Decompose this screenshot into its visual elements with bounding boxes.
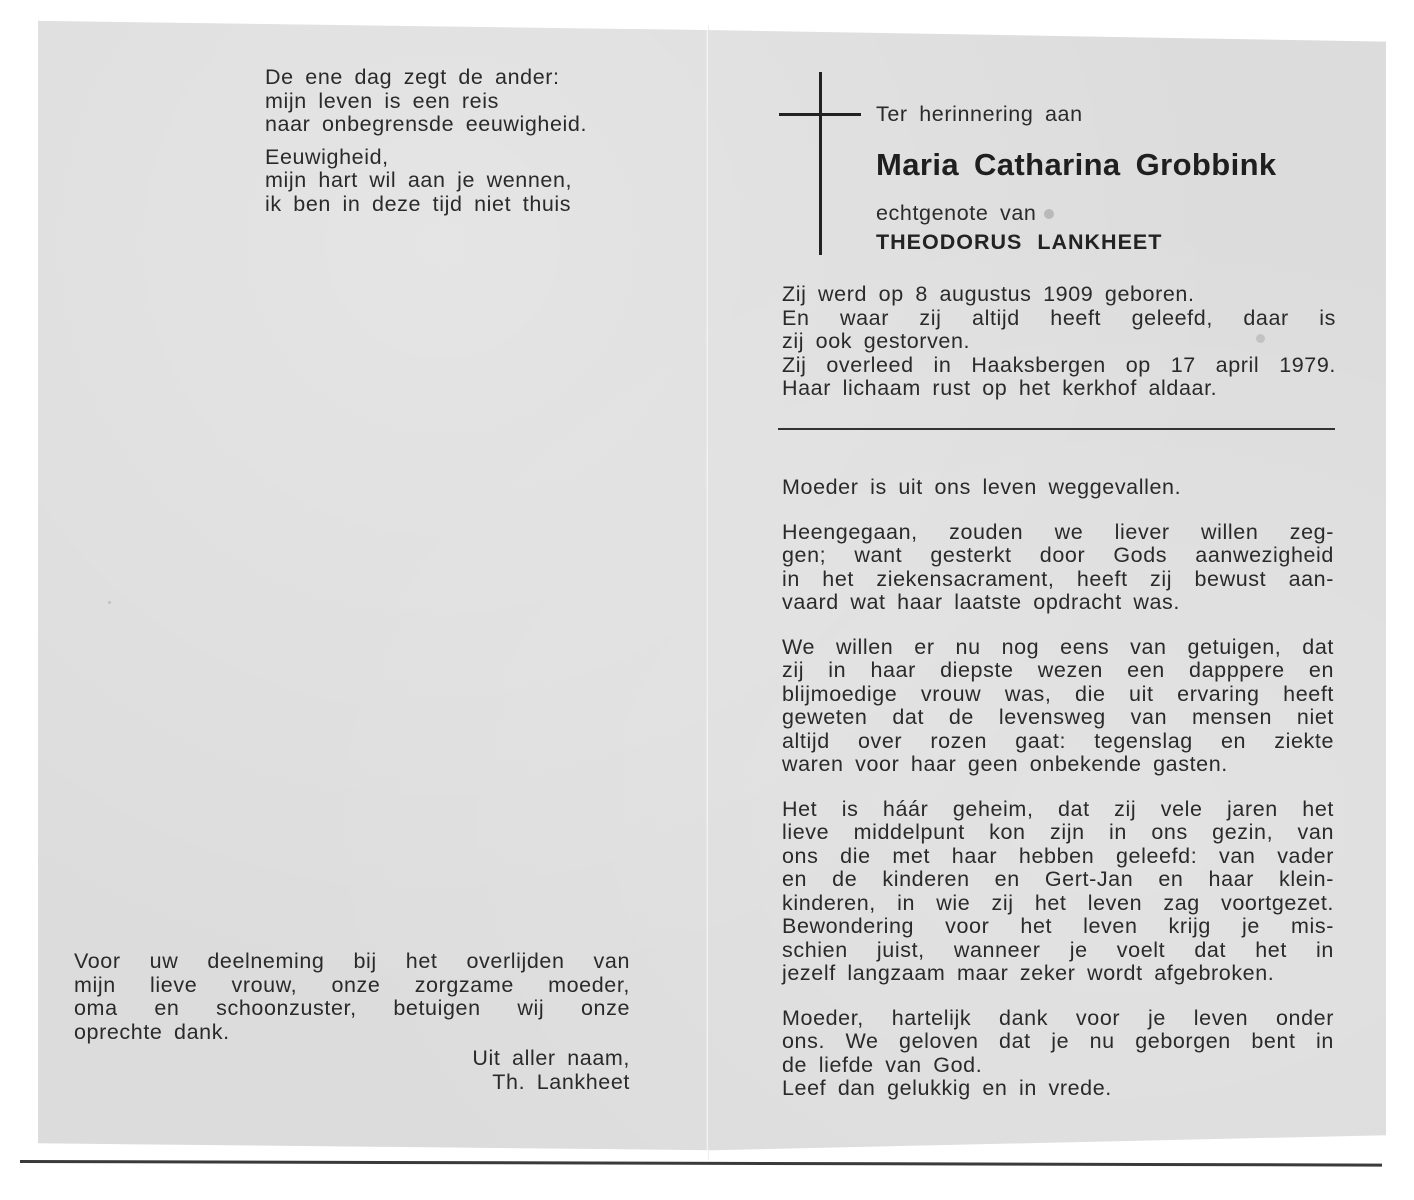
life-fact-line: En waar zij altijd heeft geleefd, daar i… [782,307,1336,331]
eulogy-line: Het is háár geheim, dat zij vele jaren h… [782,798,1334,822]
eulogy-paragraph: Heengegaan, zouden we liever willen zeg-… [782,521,1334,615]
eulogy-line: Heengegaan, zouden we liever willen zeg- [782,521,1334,545]
spouse-prefix-line: echtgenote van [876,201,1346,226]
eulogy-line: in het ziekensacrament, heeft zij bewust… [782,568,1334,592]
card-bottom-edge-shadow [20,1160,1382,1167]
paper-speck [108,601,111,604]
eulogy-line: gen; want gesterkt door Gods aanwezighei… [782,544,1334,568]
spouse-prefix: echtgenote van [876,201,1036,225]
paper-speck [1044,209,1054,219]
text-line: Voor uw deelneming bij het overlijden va… [74,950,630,974]
card-fold-crease [706,25,709,1160]
life-fact-line: Zij werd op 8 augustus 1909 geboren. [782,283,1336,307]
acknowledgement-closing: Uit aller naam, [74,1047,630,1071]
text-line: mijn lieve vrouw, onze zorgzame moeder, [74,974,630,998]
life-fact-line: Zij overleed in Haaksbergen op 17 april … [782,354,1336,378]
eulogy-line: blijmoedige vrouw was, die uit ervaring … [782,683,1334,707]
eulogy-line: jezelf langzaam maar zeker wordt afgebro… [782,962,1334,986]
poem-line: ik ben in deze tijd niet thuis [265,193,637,217]
eulogy-line: schien juist, wanneer je voelt dat het i… [782,939,1334,963]
poem-stanza: Eeuwigheid, mijn hart wil aan je wennen,… [265,146,637,217]
eulogy-line: altijd over rozen gaat: tegenslag en zie… [782,730,1334,754]
eulogy-paragraph: Moeder is uit ons leven weggevallen. [782,476,1334,500]
eulogy-paragraph: Het is háár geheim, dat zij vele jaren h… [782,798,1334,986]
poem-line: Eeuwigheid, [265,146,637,170]
eulogy-line: geweten dat de levensweg van mensen niet [782,706,1334,730]
poem-line: De ene dag zegt de ander: [265,66,637,90]
text-line: oprechte dank. [74,1021,630,1045]
eulogy-line: Moeder, hartelijk dank voor je leven ond… [782,1007,1334,1031]
poem: De ene dag zegt de ander: mijn leven is … [265,66,637,225]
section-divider [778,428,1335,430]
life-fact-line: zij ook gestorven. [782,330,1336,354]
signature: Th. Lankheet [74,1071,630,1095]
paper-speck [1256,334,1265,343]
latin-cross-icon [819,72,822,255]
eulogy-paragraph: Moeder, hartelijk dank voor je leven ond… [782,1007,1334,1101]
eulogy: Moeder is uit ons leven weggevallen.Heen… [782,476,1334,1101]
poem-stanza: De ene dag zegt de ander: mijn leven is … [265,66,637,137]
memorial-header: Ter herinnering aan Maria Catharina Grob… [876,102,1346,255]
poem-line: mijn leven is een reis [265,90,637,114]
eulogy-line: ons die met haar hebben geleefd: van vad… [782,845,1334,869]
latin-cross-icon-arm [779,113,861,116]
eulogy-line: Moeder is uit ons leven weggevallen. [782,476,1334,500]
life-facts: Zij werd op 8 augustus 1909 geboren.En w… [782,283,1336,401]
eulogy-line: We willen er nu nog eens van getuigen, d… [782,636,1334,660]
eulogy-line: Leef dan gelukkig en in vrede. [782,1077,1334,1101]
eulogy-paragraph: We willen er nu nog eens van getuigen, d… [782,636,1334,777]
eulogy-line: en de kinderen en Gert-Jan en haar klein… [782,868,1334,892]
eulogy-line: lieve middelpunt kon zijn in ons gezin, … [782,821,1334,845]
eulogy-line: waren voor haar geen onbekende gasten. [782,753,1334,777]
eulogy-line: ons. We geloven dat je nu geborgen bent … [782,1030,1334,1054]
poem-line: mijn hart wil aan je wennen, [265,169,637,193]
intro-text: Ter herinnering aan [876,102,1346,127]
life-fact-line: Haar lichaam rust op het kerkhof aldaar. [782,377,1336,401]
deceased-name: Maria Catharina Grobbink [876,147,1346,183]
acknowledgement-paragraph: Voor uw deelneming bij het overlijden va… [74,950,630,1044]
eulogy-line: kinderen, in wie zij het leven zag voort… [782,892,1334,916]
eulogy-line: zij in haar diepste wezen een dapppere e… [782,659,1334,683]
acknowledgement-text: Voor uw deelneming bij het overlijden va… [74,950,630,1094]
eulogy-line: de liefde van God. [782,1054,1334,1078]
eulogy-line: vaard wat haar laatste opdracht was. [782,591,1334,615]
spouse-name: THEODORUS LANKHEET [876,230,1346,255]
text-line: oma en schoonzuster, betuigen wij onze [74,997,630,1021]
eulogy-line: Bewondering voor het leven krijg je mis- [782,915,1334,939]
poem-line: naar onbegrensde eeuwigheid. [265,113,637,137]
